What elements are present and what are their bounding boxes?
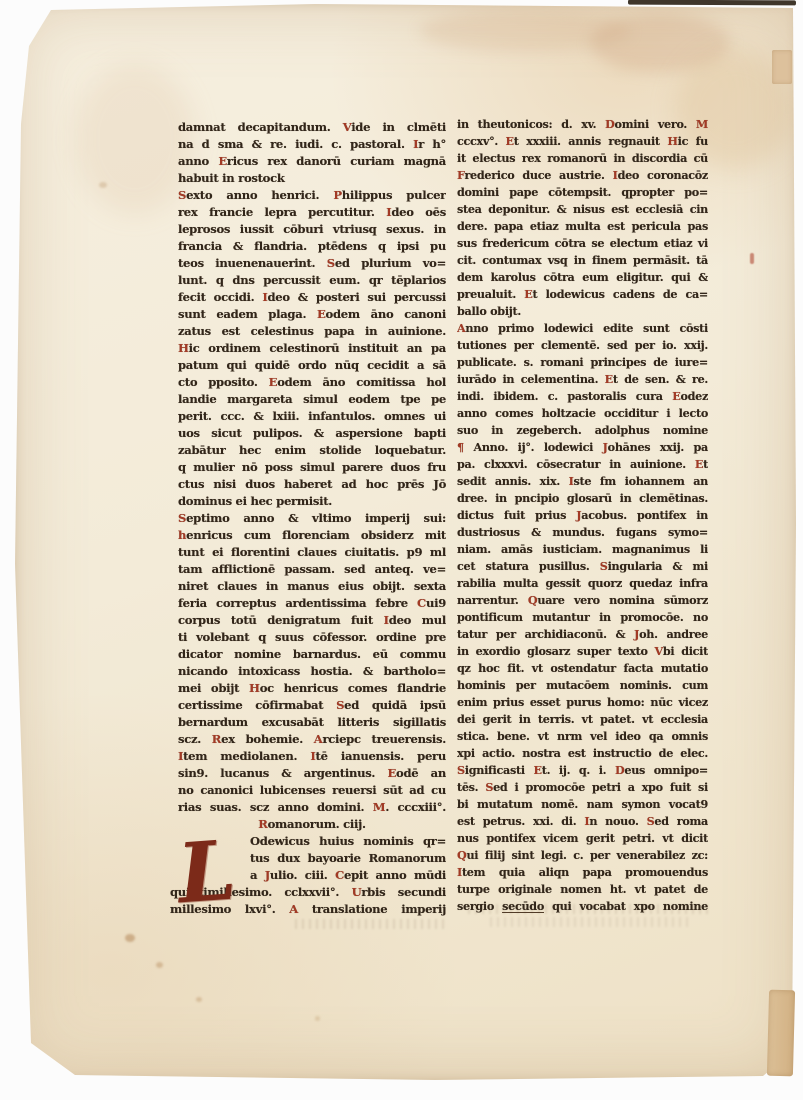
text-segment: dem karolus cōtra eum eligitur. qui & bbox=[457, 270, 708, 284]
text-segment: acobus. pontifex in bbox=[581, 508, 708, 522]
text-segment: qui vocabat xpo nomine bbox=[544, 899, 708, 913]
text-line: ¶ Anno. ij°. lodewici Johānes xxij. pa bbox=[457, 439, 708, 456]
text-segment: t de sen. & re. bbox=[613, 372, 708, 386]
text-segment: secūdo bbox=[502, 899, 544, 913]
text-column-right: in theutonicos: d. xv. Domini vero. Mccc… bbox=[457, 116, 708, 915]
text-segment: stica. bene. vt nrm vel ideo qa omnis bbox=[457, 729, 708, 743]
text-line: stea deponitur. & nisus est ecclesiā cin bbox=[457, 201, 708, 218]
text-segment: dere. papa etiaz multa est pericula pas bbox=[457, 219, 708, 233]
text-segment: deo oēs bbox=[391, 205, 446, 219]
text-segment: iurādo in celementina. bbox=[457, 372, 605, 386]
text-segment: hilippus pulcer bbox=[342, 188, 446, 202]
text-line: landie margareta simul eodem tpe pe bbox=[178, 391, 446, 408]
text-line: qz hoc fit. vt ostendatur facta mutatio bbox=[457, 660, 708, 677]
text-segment: ex bohemie. bbox=[221, 732, 314, 746]
text-segment: U bbox=[352, 885, 362, 899]
text-line: dei gerit in terris. vt patet. vt eccles… bbox=[457, 711, 708, 728]
text-segment: oh. andree bbox=[639, 627, 708, 641]
text-line: preualuit. Et lodewicus cadens de ca= bbox=[457, 286, 708, 303]
text-segment: E bbox=[533, 763, 541, 777]
text-line: anno Ericus rex danorū curiam magnā bbox=[178, 153, 446, 170]
text-line: francia & flandria. ptēdens q ipsi pu bbox=[178, 238, 446, 255]
text-segment: fecit occidi. bbox=[178, 290, 262, 304]
text-segment: dominus ei hec permisit. bbox=[178, 494, 332, 508]
text-line: certissime cōfirmabat Sed quidā ipsū bbox=[178, 697, 446, 714]
text-segment: ¶ bbox=[457, 440, 473, 454]
text-segment: rederico duce austrie. bbox=[464, 168, 612, 182]
text-segment: ballo obijt. bbox=[457, 304, 521, 318]
text-segment: S bbox=[178, 188, 186, 202]
text-segment: bi dicit bbox=[663, 644, 708, 658]
foxing-spot bbox=[99, 182, 107, 188]
text-segment: S bbox=[485, 780, 493, 794]
text-segment: M bbox=[373, 800, 386, 814]
text-segment: perit. ccc. & lxiii. infantulos. omnes u… bbox=[178, 409, 446, 423]
text-segment: dicator nomine barnardus. eū commu bbox=[178, 647, 446, 661]
text-segment: omini vero. bbox=[615, 117, 696, 131]
text-line: Frederico duce austrie. Ideo coronacōz bbox=[457, 167, 708, 184]
text-segment: patum qui quidē ordo nūq cecidit a sā bbox=[178, 358, 446, 372]
text-segment: zatus est celestinus papa in auinione. bbox=[178, 324, 446, 338]
text-line: niret claues in manus eius obijt. sexta bbox=[178, 578, 446, 595]
text-line: ctus nisi duos haberet ad hoc prēs Jō bbox=[178, 476, 446, 493]
text-segment: H bbox=[249, 681, 260, 695]
stain bbox=[420, 10, 630, 52]
text-segment: oc henricus comes flandrie bbox=[260, 681, 446, 695]
text-segment: it electus rex romanorū in discordia cū bbox=[457, 151, 708, 165]
text-line: rabilia multa gessit quorz quedaz infra bbox=[457, 575, 708, 592]
text-segment: ui9 bbox=[426, 596, 446, 610]
text-line: Hic ordinem celestinorū instituit an pa bbox=[178, 340, 446, 357]
text-line: Sexto anno henrici. Philippus pulcer bbox=[178, 187, 446, 204]
text-segment: E bbox=[317, 307, 326, 321]
text-segment: R bbox=[212, 732, 221, 746]
text-segment: ste fm iohannem an bbox=[574, 474, 708, 488]
text-line: hominis per mutacōem nominis. cum bbox=[457, 677, 708, 694]
text-line: niam. amās iusticiam. magnanimus li bbox=[457, 541, 708, 558]
text-segment: dictus fuit prius bbox=[457, 508, 576, 522]
stain bbox=[75, 64, 195, 214]
text-segment: niam. amās iusticiam. magnanimus li bbox=[457, 542, 708, 556]
text-segment: domini pape cōtempsit. qpropter po= bbox=[457, 185, 708, 199]
text-segment: ingularia & mi bbox=[608, 559, 708, 573]
text-line: dominus ei hec permisit. bbox=[178, 493, 446, 510]
text-line: iurādo in celementina. Et de sen. & re. bbox=[457, 371, 708, 388]
text-segment: ricus rex danorū curiam magnā bbox=[227, 154, 446, 168]
text-line: stica. bene. vt nrm vel ideo qa omnis bbox=[457, 728, 708, 745]
text-segment: translatione imperij bbox=[298, 902, 446, 916]
text-segment: eus omnipo= bbox=[624, 763, 708, 777]
text-line: Anno primo lodewici edite sunt cōsti bbox=[457, 320, 708, 337]
text-segment: S bbox=[327, 256, 335, 270]
text-segment: damnat decapitandum. bbox=[178, 120, 343, 134]
text-segment: dree. in pncipio glosarū in clemētinas. bbox=[457, 491, 708, 505]
text-line: ballo obijt. bbox=[457, 303, 708, 320]
text-segment: E bbox=[387, 766, 396, 780]
text-segment: ti volebant q suus cōfessor. ordine pre bbox=[178, 630, 446, 644]
text-segment: E bbox=[269, 375, 278, 389]
text-segment: hominis per mutacōem nominis. cum bbox=[457, 678, 708, 692]
text-segment: turpe originale nomen ht. vt patet de bbox=[457, 882, 708, 896]
text-line: uos sicut pulipos. & aspersione bapti bbox=[178, 425, 446, 442]
text-segment: exto anno henrici. bbox=[186, 188, 333, 202]
text-line: sus fredericum cōtra se electum etiaz vi bbox=[457, 235, 708, 252]
text-segment: t. ij. q. i. bbox=[542, 763, 615, 777]
text-segment: . cccxiii°. bbox=[385, 800, 446, 814]
text-segment: a bbox=[250, 868, 265, 882]
text-segment: landie margareta simul eodem tpe pe bbox=[178, 392, 446, 406]
text-line: ti volebant q suus cōfessor. ordine pre bbox=[178, 629, 446, 646]
text-line: tatur per archidiaconū. & Joh. andree bbox=[457, 626, 708, 643]
text-line: feria correptus ardentissima febre Cui9 bbox=[178, 595, 446, 612]
text-segment: rabilia multa gessit quorz quedaz infra bbox=[457, 576, 708, 590]
text-line: leprosos iussit cōburi vtriusq sexus. in bbox=[178, 221, 446, 238]
text-segment: teos inuenenauerint. bbox=[178, 256, 327, 270]
text-line: est petrus. xxi. di. In nouo. Sed roma bbox=[457, 813, 708, 830]
foxing-spot bbox=[315, 1016, 320, 1021]
text-segment: mei obijt bbox=[178, 681, 249, 695]
text-segment: S bbox=[336, 698, 344, 712]
text-segment: uos sicut pulipos. & aspersione bapti bbox=[178, 426, 446, 440]
text-segment: ed i promocōe petri a xpo fuit si bbox=[493, 780, 708, 794]
text-segment: in exordio glosarz super texto bbox=[457, 644, 655, 658]
text-segment: n nouo. bbox=[589, 814, 646, 828]
text-line: indi. ibidem. c. pastoralis cura Eodez bbox=[457, 388, 708, 405]
text-line: bernardum excusabāt litteris sigillatis bbox=[178, 714, 446, 731]
text-segment: odem āno comitissa hol bbox=[277, 375, 446, 389]
text-segment: publicate. s. romani principes de iure= bbox=[457, 355, 708, 369]
text-segment: Odewicus huius nominis qr= bbox=[250, 834, 446, 848]
text-segment: anno bbox=[178, 154, 218, 168]
text-segment: tē ianuensis. peru bbox=[316, 749, 446, 763]
text-line: q mulier nō poss simul parere duos fru bbox=[178, 459, 446, 476]
text-line: cet statura pusillus. Singularia & mi bbox=[457, 558, 708, 575]
text-segment: pontificum mutantur in promocōe. no bbox=[457, 610, 708, 624]
text-line: sunt eadem plaga. Eodem āno canoni bbox=[178, 306, 446, 323]
text-segment: anno comes holtzacie occiditur i lecto bbox=[457, 406, 708, 420]
text-segment: t xxxiii. annis regnauit bbox=[514, 134, 668, 148]
text-segment: rciepc treuerensis. bbox=[322, 732, 446, 746]
text-segment: ui filij sint legi. c. per venerabilez z… bbox=[466, 848, 708, 862]
text-segment: enim prius esset purus homo: nūc vicez bbox=[457, 695, 708, 709]
text-segment: odē an bbox=[396, 766, 446, 780]
text-segment: ed plurium vo= bbox=[335, 256, 446, 270]
foxing-spot bbox=[156, 962, 163, 968]
text-line: bi mutatum nomē. nam symon vocat9 bbox=[457, 796, 708, 813]
text-line: perit. ccc. & lxiii. infantulos. omnes u… bbox=[178, 408, 446, 425]
text-line: rex francie lepra percutitur. Ideo oēs bbox=[178, 204, 446, 221]
text-line: tēs. Sed i promocōe petri a xpo fuit si bbox=[457, 779, 708, 796]
text-segment: V bbox=[343, 120, 352, 134]
text-segment: sunt eadem plaga. bbox=[178, 307, 317, 321]
scanned-leaf: damnat decapitandum. Vide in clmētina d … bbox=[0, 0, 803, 1100]
text-segment: ed quidā ipsū bbox=[344, 698, 446, 712]
text-segment: certissime cōfirmabat bbox=[178, 698, 336, 712]
text-line: in theutonicos: d. xv. Domini vero. M bbox=[457, 116, 708, 133]
text-segment: pa. clxxxvi. cōsecratur in auinione. bbox=[457, 457, 695, 471]
text-segment: in theutonicos: d. xv. bbox=[457, 117, 605, 131]
text-line: it electus rex romanorū in discordia cū bbox=[457, 150, 708, 167]
text-segment: S bbox=[600, 559, 608, 573]
text-segment: ic ordinem celestinorū instituit an pa bbox=[189, 341, 446, 355]
text-line: xpi actio. nostra est instructio de elec… bbox=[457, 745, 708, 762]
text-segment: r h° bbox=[418, 137, 446, 151]
text-line: damnat decapitandum. Vide in clmēti bbox=[178, 119, 446, 136]
text-segment: lunt. q dns percussit eum. qr tēplarios bbox=[178, 273, 446, 287]
text-segment: R bbox=[258, 817, 267, 831]
text-segment: dei gerit in terris. vt patet. vt eccles… bbox=[457, 712, 708, 726]
text-segment: deo coronacōz bbox=[618, 168, 708, 182]
text-segment: deo & posteri sui percussi bbox=[267, 290, 446, 304]
red-ink-fleck bbox=[750, 253, 754, 264]
text-line: tunt ei florentini claues ciuitatis. p9 … bbox=[178, 544, 446, 561]
text-segment: sedit annis. xix. bbox=[457, 474, 569, 488]
text-segment: tem mediolanen. bbox=[183, 749, 310, 763]
text-line: lunt. q dns percussit eum. qr tēplarios bbox=[178, 272, 446, 289]
text-segment: M bbox=[696, 117, 708, 131]
text-line: domini pape cōtempsit. qpropter po= bbox=[457, 184, 708, 201]
text-line: dustriosus & mundus. fugans symo= bbox=[457, 524, 708, 541]
text-segment: ide in clmēti bbox=[351, 120, 446, 134]
text-line: tus dux bayoarie Romanorum bbox=[250, 850, 446, 867]
text-segment: zabātur hec enim stolide loquebatur. bbox=[178, 443, 446, 457]
text-segment: E bbox=[605, 372, 613, 386]
text-line: cccxv°. Et xxxiii. annis regnauit Hic fu bbox=[457, 133, 708, 150]
text-segment: Anno. ij°. lodewici bbox=[473, 440, 602, 454]
text-segment: H bbox=[667, 134, 677, 148]
text-line: a Julio. ciii. Cepit anno mūdi bbox=[250, 867, 446, 884]
text-segment: Q bbox=[528, 593, 537, 607]
text-segment: ic fu bbox=[678, 134, 708, 148]
text-line: pontificum mutantur in promocōe. no bbox=[457, 609, 708, 626]
text-line: cit. contumax vsq in finem permāsit. tā bbox=[457, 252, 708, 269]
text-segment: tem quia aliqn papa promouendus bbox=[462, 865, 708, 879]
text-segment: D bbox=[615, 763, 624, 777]
text-segment: t bbox=[703, 457, 708, 471]
text-segment: rex francie lepra percutitur. bbox=[178, 205, 386, 219]
text-line: Item quia aliqn papa promouendus bbox=[457, 864, 708, 881]
text-segment: cto pposito. bbox=[178, 375, 269, 389]
text-segment: francia & flandria. ptēdens q ipsi pu bbox=[178, 239, 446, 253]
text-segment: E bbox=[695, 457, 703, 471]
text-segment: epit anno mūdi bbox=[344, 868, 446, 882]
text-segment: odem āno canoni bbox=[326, 307, 446, 321]
text-segment: h bbox=[178, 528, 186, 542]
text-segment: S bbox=[457, 763, 465, 777]
text-segment: rias suas. scz anno domini. bbox=[178, 800, 373, 814]
text-segment: S bbox=[178, 511, 186, 525]
text-segment: t lodewicus cadens de ca= bbox=[532, 287, 708, 301]
text-line: pa. clxxxvi. cōsecratur in auinione. Et bbox=[457, 456, 708, 473]
text-line: enim prius esset purus homo: nūc vicez bbox=[457, 694, 708, 711]
text-segment: deo mul bbox=[389, 613, 446, 627]
text-line: Significasti Et. ij. q. i. Deus omnipo= bbox=[457, 762, 708, 779]
text-line: anno comes holtzacie occiditur i lecto bbox=[457, 405, 708, 422]
text-segment: C bbox=[335, 868, 344, 882]
text-segment: sus fredericum cōtra se electum etiaz vi bbox=[457, 236, 708, 250]
text-line: cto pposito. Eodem āno comitissa hol bbox=[178, 374, 446, 391]
text-line: dicator nomine barnardus. eū commu bbox=[178, 646, 446, 663]
adjacent-page-edge bbox=[628, 0, 796, 5]
text-line: Odewicus huius nominis qr= bbox=[250, 833, 446, 850]
text-segment: nno primo lodewici edite sunt cōsti bbox=[465, 321, 708, 335]
text-line: teos inuenenauerint. Sed plurium vo= bbox=[178, 255, 446, 272]
text-segment: H bbox=[178, 341, 189, 355]
text-line: sergio secūdo qui vocabat xpo nomine bbox=[457, 898, 708, 915]
text-segment: sergio bbox=[457, 899, 502, 913]
text-line: narrentur. Quare vero nomina sūmorz bbox=[457, 592, 708, 609]
text-line: sin9. lucanus & argentinus. Eodē an bbox=[178, 765, 446, 782]
text-line: tutiones per clementē. sed per io. xxij. bbox=[457, 337, 708, 354]
text-line: publicate. s. romani principes de iure= bbox=[457, 354, 708, 371]
text-segment: narrentur. bbox=[457, 593, 528, 607]
text-line: turpe originale nomen ht. vt patet de bbox=[457, 881, 708, 898]
text-line: scz. Rex bohemie. Arciepc treuerensis. bbox=[178, 731, 446, 748]
text-segment: xpi actio. nostra est instructio de elec… bbox=[457, 746, 708, 760]
text-segment: nus pontifex vicem gerit petri. vt dicit bbox=[457, 831, 708, 845]
text-segment: tus dux bayoarie Romanorum bbox=[250, 851, 446, 865]
foxing-spot bbox=[196, 997, 202, 1002]
text-line: mei obijt Hoc henricus comes flandrie bbox=[178, 680, 446, 697]
text-column-left: damnat decapitandum. Vide in clmētina d … bbox=[178, 119, 446, 918]
text-segment: suo in zegeberch. adolphus nomine bbox=[457, 423, 708, 437]
text-segment: tutiones per clementē. sed per io. xxij. bbox=[457, 338, 708, 352]
text-line: dem karolus cōtra eum eligitur. qui & bbox=[457, 269, 708, 286]
text-line: suo in zegeberch. adolphus nomine bbox=[457, 422, 708, 439]
text-line: Item mediolanen. Itē ianuensis. peru bbox=[178, 748, 446, 765]
text-line: nus pontifex vicem gerit petri. vt dicit bbox=[457, 830, 708, 847]
text-line: na d sma & re. iudi. c. pastoral. Ir h° bbox=[178, 136, 446, 153]
text-line: corpus totū denigratum fuit Ideo mul bbox=[178, 612, 446, 629]
text-line: sedit annis. xix. Iste fm iohannem an bbox=[457, 473, 708, 490]
text-segment: bi mutatum nomē. nam symon vocat9 bbox=[457, 797, 708, 811]
text-segment: sin9. lucanus & argentinus. bbox=[178, 766, 387, 780]
text-segment: enricus cum florenciam obsiderz mit bbox=[186, 528, 446, 542]
text-segment: dustriosus & mundus. fugans symo= bbox=[457, 525, 708, 539]
text-segment: q mulier nō poss simul parere duos fru bbox=[178, 460, 446, 474]
text-segment: stea deponitur. & nisus est ecclesiā cin bbox=[457, 202, 708, 216]
text-segment: P bbox=[333, 188, 341, 202]
text-line: rias suas. scz anno domini. M. cccxiii°. bbox=[178, 799, 446, 816]
text-segment: tatur per archidiaconū. & bbox=[457, 627, 634, 641]
text-segment: tam afflictionē passam. sed anteq. ve= bbox=[178, 562, 446, 576]
text-segment: niret claues in manus eius obijt. sexta bbox=[178, 579, 446, 593]
text-line: dere. papa etiaz multa est pericula pas bbox=[457, 218, 708, 235]
text-segment: tunt ei florentini claues ciuitatis. p9 … bbox=[178, 545, 446, 559]
text-segment: rbis secundi bbox=[361, 885, 446, 899]
text-segment: nicando intoxicass hostia. & bartholo= bbox=[178, 664, 446, 678]
text-segment: corpus totū denigratum fuit bbox=[178, 613, 384, 627]
text-segment: leprosos iussit cōburi vtriusq sexus. in bbox=[178, 222, 446, 236]
text-segment: scz. bbox=[178, 732, 212, 746]
text-segment: ctus nisi duos haberet ad hoc prēs Jō bbox=[178, 477, 446, 491]
text-line: zatus est celestinus papa in auinione. bbox=[178, 323, 446, 340]
text-segment: tēs. bbox=[457, 780, 485, 794]
text-segment: preualuit. bbox=[457, 287, 524, 301]
text-segment: D bbox=[605, 117, 614, 131]
text-segment: cit. contumax vsq in finem permāsit. tā bbox=[457, 253, 708, 267]
text-segment: ulio. ciii. bbox=[270, 868, 335, 882]
text-segment: E bbox=[218, 154, 227, 168]
text-segment: uare vero nomina sūmorz bbox=[537, 593, 708, 607]
text-line: Qui filij sint legi. c. per venerabilez … bbox=[457, 847, 708, 864]
text-segment: odez bbox=[680, 389, 708, 403]
text-line: zabātur hec enim stolide loquebatur. bbox=[178, 442, 446, 459]
text-line: fecit occidi. Ideo & posteri sui percuss… bbox=[178, 289, 446, 306]
text-line: dictus fuit prius Jacobus. pontifex in bbox=[457, 507, 708, 524]
text-segment: no canonici lubicenses reuersi sūt ad cu bbox=[178, 783, 446, 797]
text-line: dree. in pncipio glosarū in clemētinas. bbox=[457, 490, 708, 507]
text-segment: ed roma bbox=[654, 814, 708, 828]
text-line: habuit in rostock bbox=[178, 170, 446, 187]
foxing-spot bbox=[125, 934, 135, 942]
text-segment: A bbox=[289, 902, 298, 916]
text-segment: est petrus. xxi. di. bbox=[457, 814, 584, 828]
text-segment: V bbox=[655, 644, 663, 658]
text-segment: bernardum excusabāt litteris sigillatis bbox=[178, 715, 446, 729]
text-segment: habuit in rostock bbox=[178, 171, 285, 185]
text-line: no canonici lubicenses reuersi sūt ad cu bbox=[178, 782, 446, 799]
text-line: nicando intoxicass hostia. & bartholo= bbox=[178, 663, 446, 680]
text-segment: C bbox=[417, 596, 426, 610]
stain bbox=[590, 14, 730, 72]
text-line: tam afflictionē passam. sed anteq. ve= bbox=[178, 561, 446, 578]
text-segment: ignificasti bbox=[465, 763, 534, 777]
text-segment: cet statura pusillus. bbox=[457, 559, 600, 573]
illuminated-initial-L: L bbox=[175, 824, 251, 921]
text-segment: indi. ibidem. c. pastoralis cura bbox=[457, 389, 672, 403]
text-line: patum qui quidē ordo nūq cecidit a sā bbox=[178, 357, 446, 374]
text-line: henricus cum florenciam obsiderz mit bbox=[178, 527, 446, 544]
text-segment: eptimo anno & vltimo imperij sui: bbox=[186, 511, 446, 525]
text-segment: feria correptus ardentissima febre bbox=[178, 596, 417, 610]
text-segment: E bbox=[506, 134, 514, 148]
text-line: in exordio glosarz super texto Vbi dicit bbox=[457, 643, 708, 660]
text-segment: na d sma & re. iudi. c. pastoral. bbox=[178, 137, 413, 151]
text-segment: ohānes xxij. pa bbox=[608, 440, 708, 454]
text-line: Septimo anno & vltimo imperij sui: bbox=[178, 510, 446, 527]
text-segment: qz hoc fit. vt ostendatur facta mutatio bbox=[457, 661, 708, 675]
text-segment: omanorum. ciij. bbox=[268, 817, 366, 831]
text-segment: cccxv°. bbox=[457, 134, 506, 148]
